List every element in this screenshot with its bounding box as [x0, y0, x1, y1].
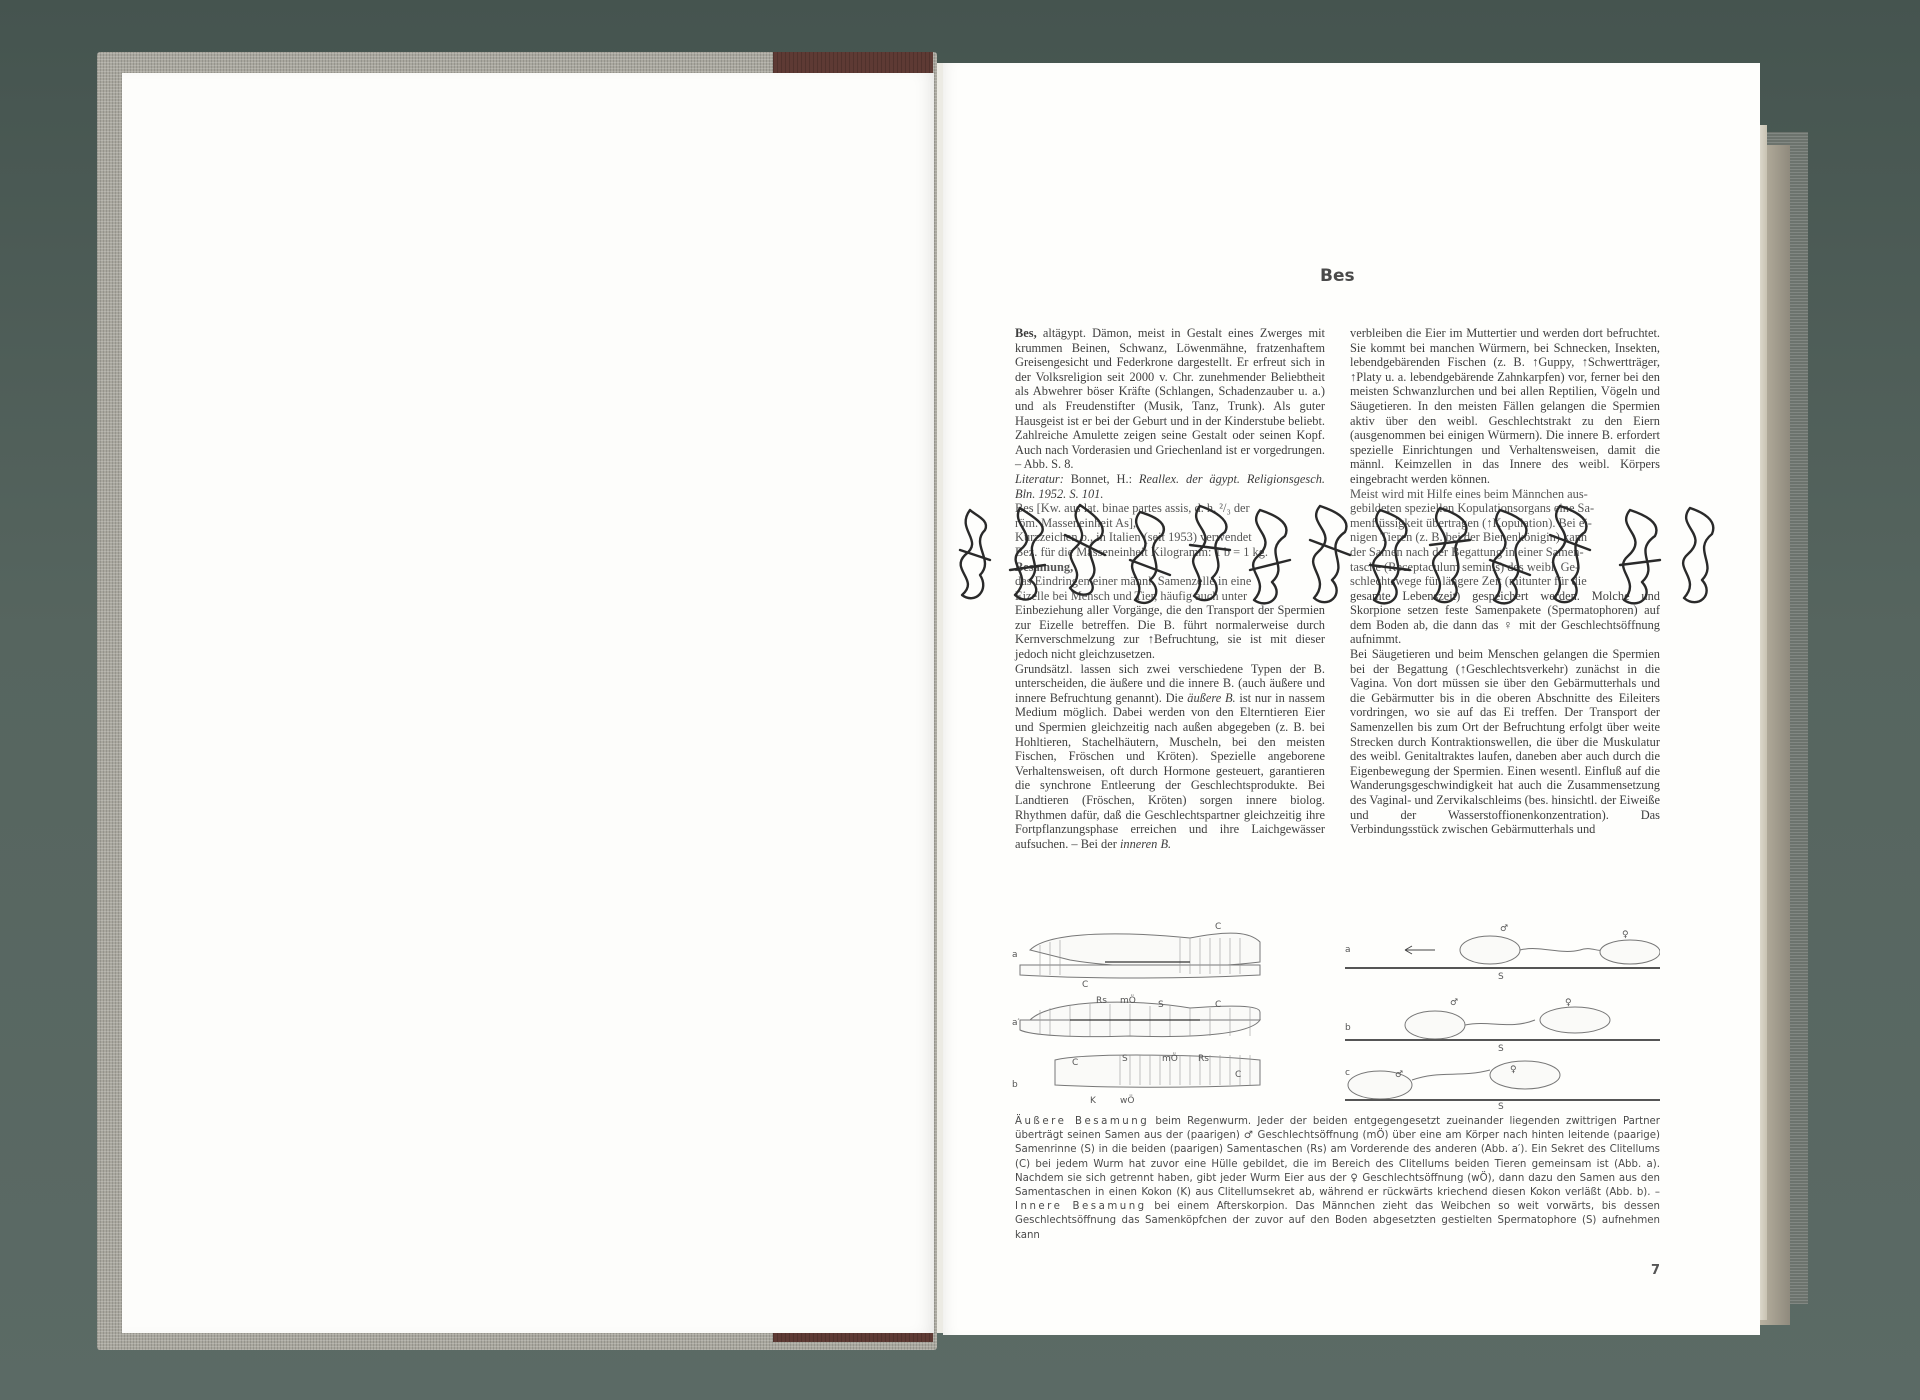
earthworm-illustration [1010, 920, 1330, 1110]
running-head: Bes [1320, 266, 1355, 286]
text-column-1: Bes, altägypt. Dämon, meist in Gestalt e… [1015, 326, 1325, 851]
left-page-blank [122, 73, 934, 1333]
obscured-entries: Bes [Kw. aus lat. binae partes assis, d.… [1015, 501, 1325, 603]
figure-caption: Äußere Besamung beim Regenwurm. Jeder de… [1015, 1115, 1660, 1243]
obscured-lines: Meist wird mit Hilfe eines beim Männchen… [1350, 487, 1660, 589]
figure-pseudoscorpions: a b c ♂ ♀ S ♂ ♀ S ♂ ♀ S [1340, 920, 1660, 1110]
figure-earthworms: a a′ b C C Rs mÖ S C C S mÖ Rs C K wÖ [1010, 920, 1330, 1110]
literature-reference: Literatur: Bonnet, H.: Reallex. der ägyp… [1015, 472, 1325, 501]
storage-paragraph: gesamte Lebenszeit) gespeichert werden. … [1350, 589, 1660, 647]
mammals-paragraph: Bei Säugetieren und beim Menschen gelang… [1350, 647, 1660, 837]
pseudoscorpion-illustration [1340, 920, 1660, 1110]
besamung-paragraph-2: Grundsätzl. lassen sich zwei verschieden… [1015, 662, 1325, 852]
inner-insemination-paragraph: verbleiben die Eier im Muttertier und we… [1350, 326, 1660, 487]
figures-area: a a′ b C C Rs mÖ S C C S mÖ Rs C K wÖ [1010, 920, 1660, 1110]
headword-bes: Bes, [1015, 326, 1037, 340]
caption-title-outer: Äußere Besamung [1015, 1116, 1149, 1127]
entry-bes: Bes, altägypt. Dämon, meist in Gestalt e… [1015, 326, 1325, 472]
text-column-2: verbleiben die Eier im Muttertier und we… [1350, 326, 1660, 837]
besamung-paragraph-1: Einbeziehung aller Vorgänge, die den Tra… [1015, 603, 1325, 661]
page-number: 7 [1651, 1263, 1660, 1278]
caption-title-inner: Innere Besamung [1015, 1201, 1147, 1212]
